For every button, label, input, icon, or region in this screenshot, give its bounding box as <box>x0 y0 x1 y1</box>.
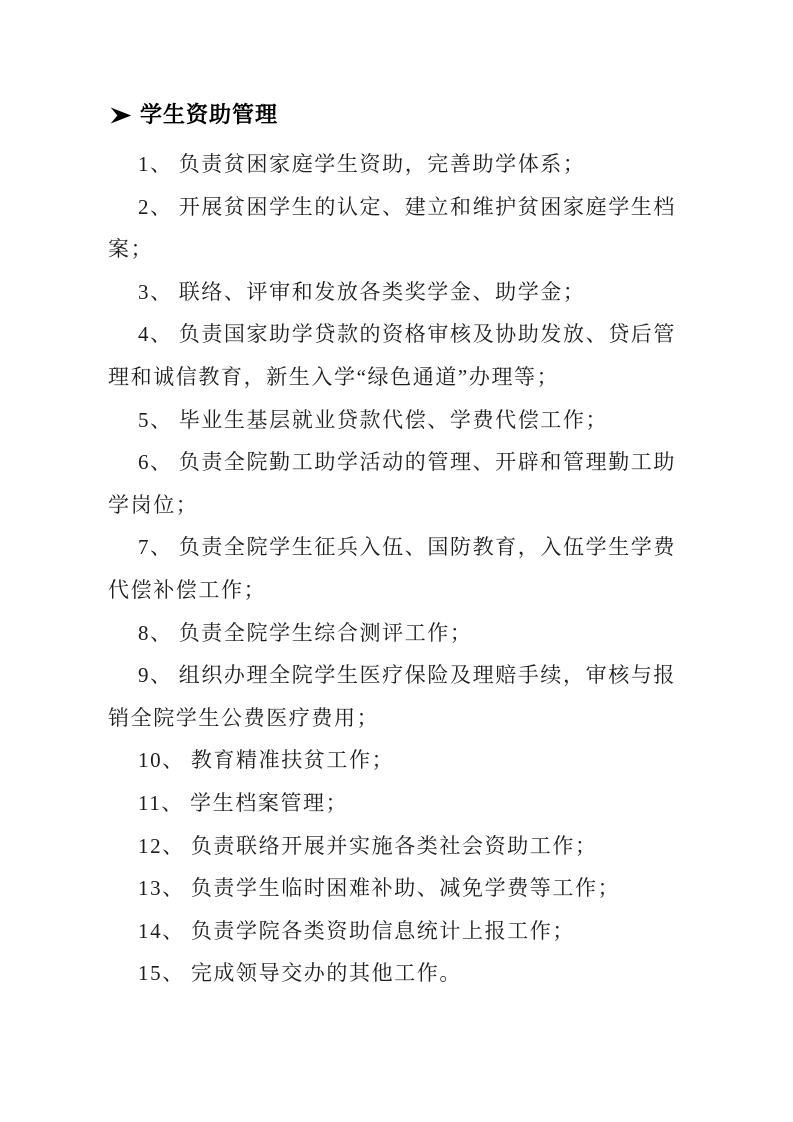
duty-list-item: 8、负责全院学生综合测评工作； <box>108 612 676 655</box>
document-page: 学生资助管理 1、负责贫困家庭学生资助，完善助学体系； 2、开展贫困学生的认定、… <box>0 0 793 1122</box>
item-number: 5、 <box>138 408 179 432</box>
item-number: 14、 <box>138 919 191 943</box>
item-text: 负责国家助学贷款的资格审核及协助发放、贷后管理和诚信教育，新生入学“绿色通道”办… <box>108 322 676 389</box>
item-text: 负责贫困家庭学生资助，完善助学体系； <box>179 152 586 176</box>
item-text: 完成领导交办的其他工作。 <box>191 961 462 985</box>
duty-list-item: 1、负责贫困家庭学生资助，完善助学体系； <box>108 143 676 186</box>
duty-list: 1、负责贫困家庭学生资助，完善助学体系； 2、开展贫困学生的认定、建立和维护贫困… <box>108 143 676 995</box>
arrowhead-right-bullet-icon <box>108 103 133 128</box>
item-text: 负责学院各类资助信息统计上报工作； <box>191 919 575 943</box>
item-text: 负责全院勤工助学活动的管理、开辟和管理勤工助学岗位； <box>108 450 676 517</box>
item-number: 9、 <box>138 663 179 687</box>
item-text: 联络、评审和发放各类奖学金、助学金； <box>179 280 586 304</box>
section-heading: 学生资助管理 <box>108 100 676 130</box>
item-number: 4、 <box>138 322 179 346</box>
item-number: 6、 <box>138 450 179 474</box>
item-number: 7、 <box>138 535 179 559</box>
item-number: 13、 <box>138 876 191 900</box>
item-text: 负责全院学生综合测评工作； <box>179 621 473 645</box>
duty-list-item: 14、负责学院各类资助信息统计上报工作； <box>108 910 676 953</box>
item-text: 开展贫困学生的认定、建立和维护贫困家庭学生档案； <box>108 195 676 262</box>
duty-list-item: 10、教育精准扶贫工作； <box>108 739 676 782</box>
duty-list-item: 6、负责全院勤工助学活动的管理、开辟和管理勤工助学岗位； <box>108 441 676 526</box>
item-text: 毕业生基层就业贷款代偿、学费代偿工作； <box>179 408 608 432</box>
item-text: 负责全院学生征兵入伍、国防教育，入伍学生学费代偿补偿工作； <box>108 535 676 602</box>
item-text: 负责学生临时困难补助、减免学费等工作； <box>191 876 620 900</box>
item-number: 1、 <box>138 152 179 176</box>
duty-list-item: 5、毕业生基层就业贷款代偿、学费代偿工作； <box>108 399 676 442</box>
duty-list-item: 15、完成领导交办的其他工作。 <box>108 952 676 995</box>
duty-list-item: 4、负责国家助学贷款的资格审核及协助发放、贷后管理和诚信教育，新生入学“绿色通道… <box>108 313 676 398</box>
item-number: 15、 <box>138 961 191 985</box>
item-number: 12、 <box>138 834 191 858</box>
section-heading-label: 学生资助管理 <box>140 100 278 130</box>
item-number: 3、 <box>138 280 179 304</box>
duty-list-item: 7、负责全院学生征兵入伍、国防教育，入伍学生学费代偿补偿工作； <box>108 526 676 611</box>
item-text: 学生档案管理； <box>190 791 348 815</box>
duty-list-item: 12、负责联络开展并实施各类社会资助工作； <box>108 825 676 868</box>
duty-list-item: 2、开展贫困学生的认定、建立和维护贫困家庭学生档案； <box>108 186 676 271</box>
item-text: 负责联络开展并实施各类社会资助工作； <box>191 834 598 858</box>
duty-list-item: 9、组织办理全院学生医疗保险及理赔手续，审核与报销全院学生公费医疗费用； <box>108 654 676 739</box>
duty-list-item: 3、联络、评审和发放各类奖学金、助学金； <box>108 271 676 314</box>
item-number: 2、 <box>138 195 179 219</box>
duty-list-item: 11、学生档案管理； <box>108 782 676 825</box>
item-text: 教育精准扶贫工作； <box>191 748 394 772</box>
item-number: 10、 <box>138 748 191 772</box>
item-text: 组织办理全院学生医疗保险及理赔手续，审核与报销全院学生公费医疗费用； <box>108 663 676 730</box>
item-number: 8、 <box>138 621 179 645</box>
duty-list-item: 13、负责学生临时困难补助、减免学费等工作； <box>108 867 676 910</box>
item-number: 11、 <box>138 791 190 815</box>
